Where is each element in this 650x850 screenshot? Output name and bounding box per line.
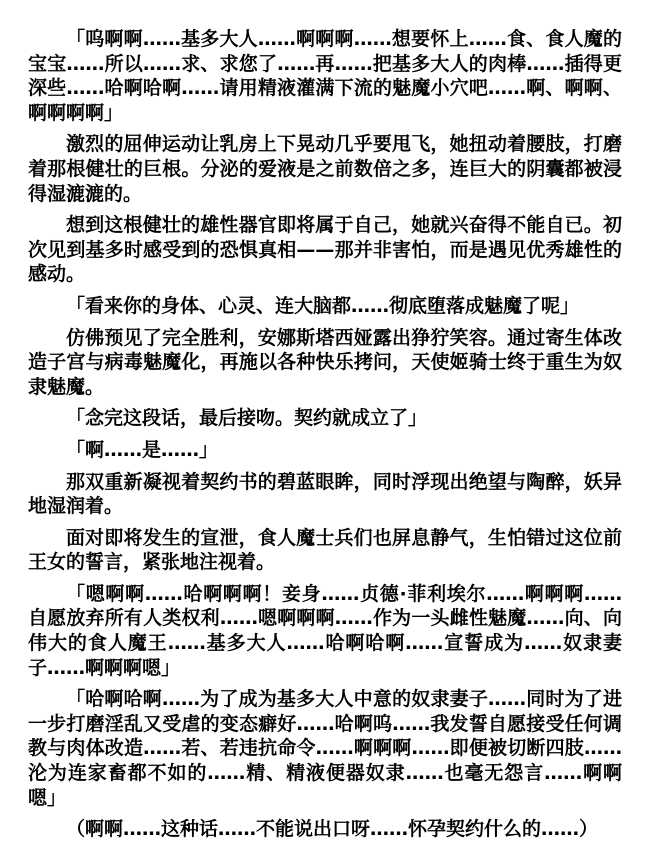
narration-paragraph: 激烈的屈伸运动让乳房上下晃动几乎要甩飞，她扭动着腰肢，打磨着那根健壮的巨根。分泌…	[28, 132, 622, 206]
narration-paragraph: 面对即将发生的宣泄，食人魔士兵们也屏息静气，生怕错过这位前王女的誓言，紧张地注视…	[28, 526, 622, 575]
dialogue-paragraph: 「看来你的身体、心灵、连大脑都……彻底堕落成魅魔了呢」	[28, 294, 622, 319]
dialogue-paragraph: 「呜啊啊……基多大人……啊啊啊……想要怀上……食、食人魔的宝宝……所以……求、求…	[28, 27, 622, 125]
narration-paragraph: 那双重新凝视着契约书的碧蓝眼眸，同时浮现出绝望与陶醉，妖异地湿润着。	[28, 470, 622, 519]
narration-paragraph: 仿佛预见了完全胜利，安娜斯塔西娅露出狰狞笑容。通过寄生体改造子宫与病毒魅魔化，再…	[28, 326, 622, 400]
dialogue-paragraph: 「念完这段话，最后接吻。契约就成立了」	[28, 406, 622, 431]
dialogue-paragraph: 「嗯啊啊……哈啊啊啊！妾身……贞德·菲利埃尔……啊啊啊……自愿放弃所有人类权利……	[28, 582, 622, 680]
narration-paragraph: 想到这根健壮的雄性器官即将属于自己，她就兴奋得不能自已。初次见到基多时感受到的恐…	[28, 213, 622, 287]
thought-paragraph: （啊啊……这种话……不能说出口呀……怀孕契约什么的……）	[28, 817, 622, 842]
document-page: 「呜啊啊……基多大人……啊啊啊……想要怀上……食、食人魔的宝宝……所以……求、求…	[0, 0, 650, 850]
dialogue-paragraph: 「哈啊哈啊……为了成为基多大人中意的奴隶妻子……同时为了进一步打磨淫乱又受虐的变…	[28, 687, 622, 810]
dialogue-paragraph: 「啊……是……」	[28, 438, 622, 463]
